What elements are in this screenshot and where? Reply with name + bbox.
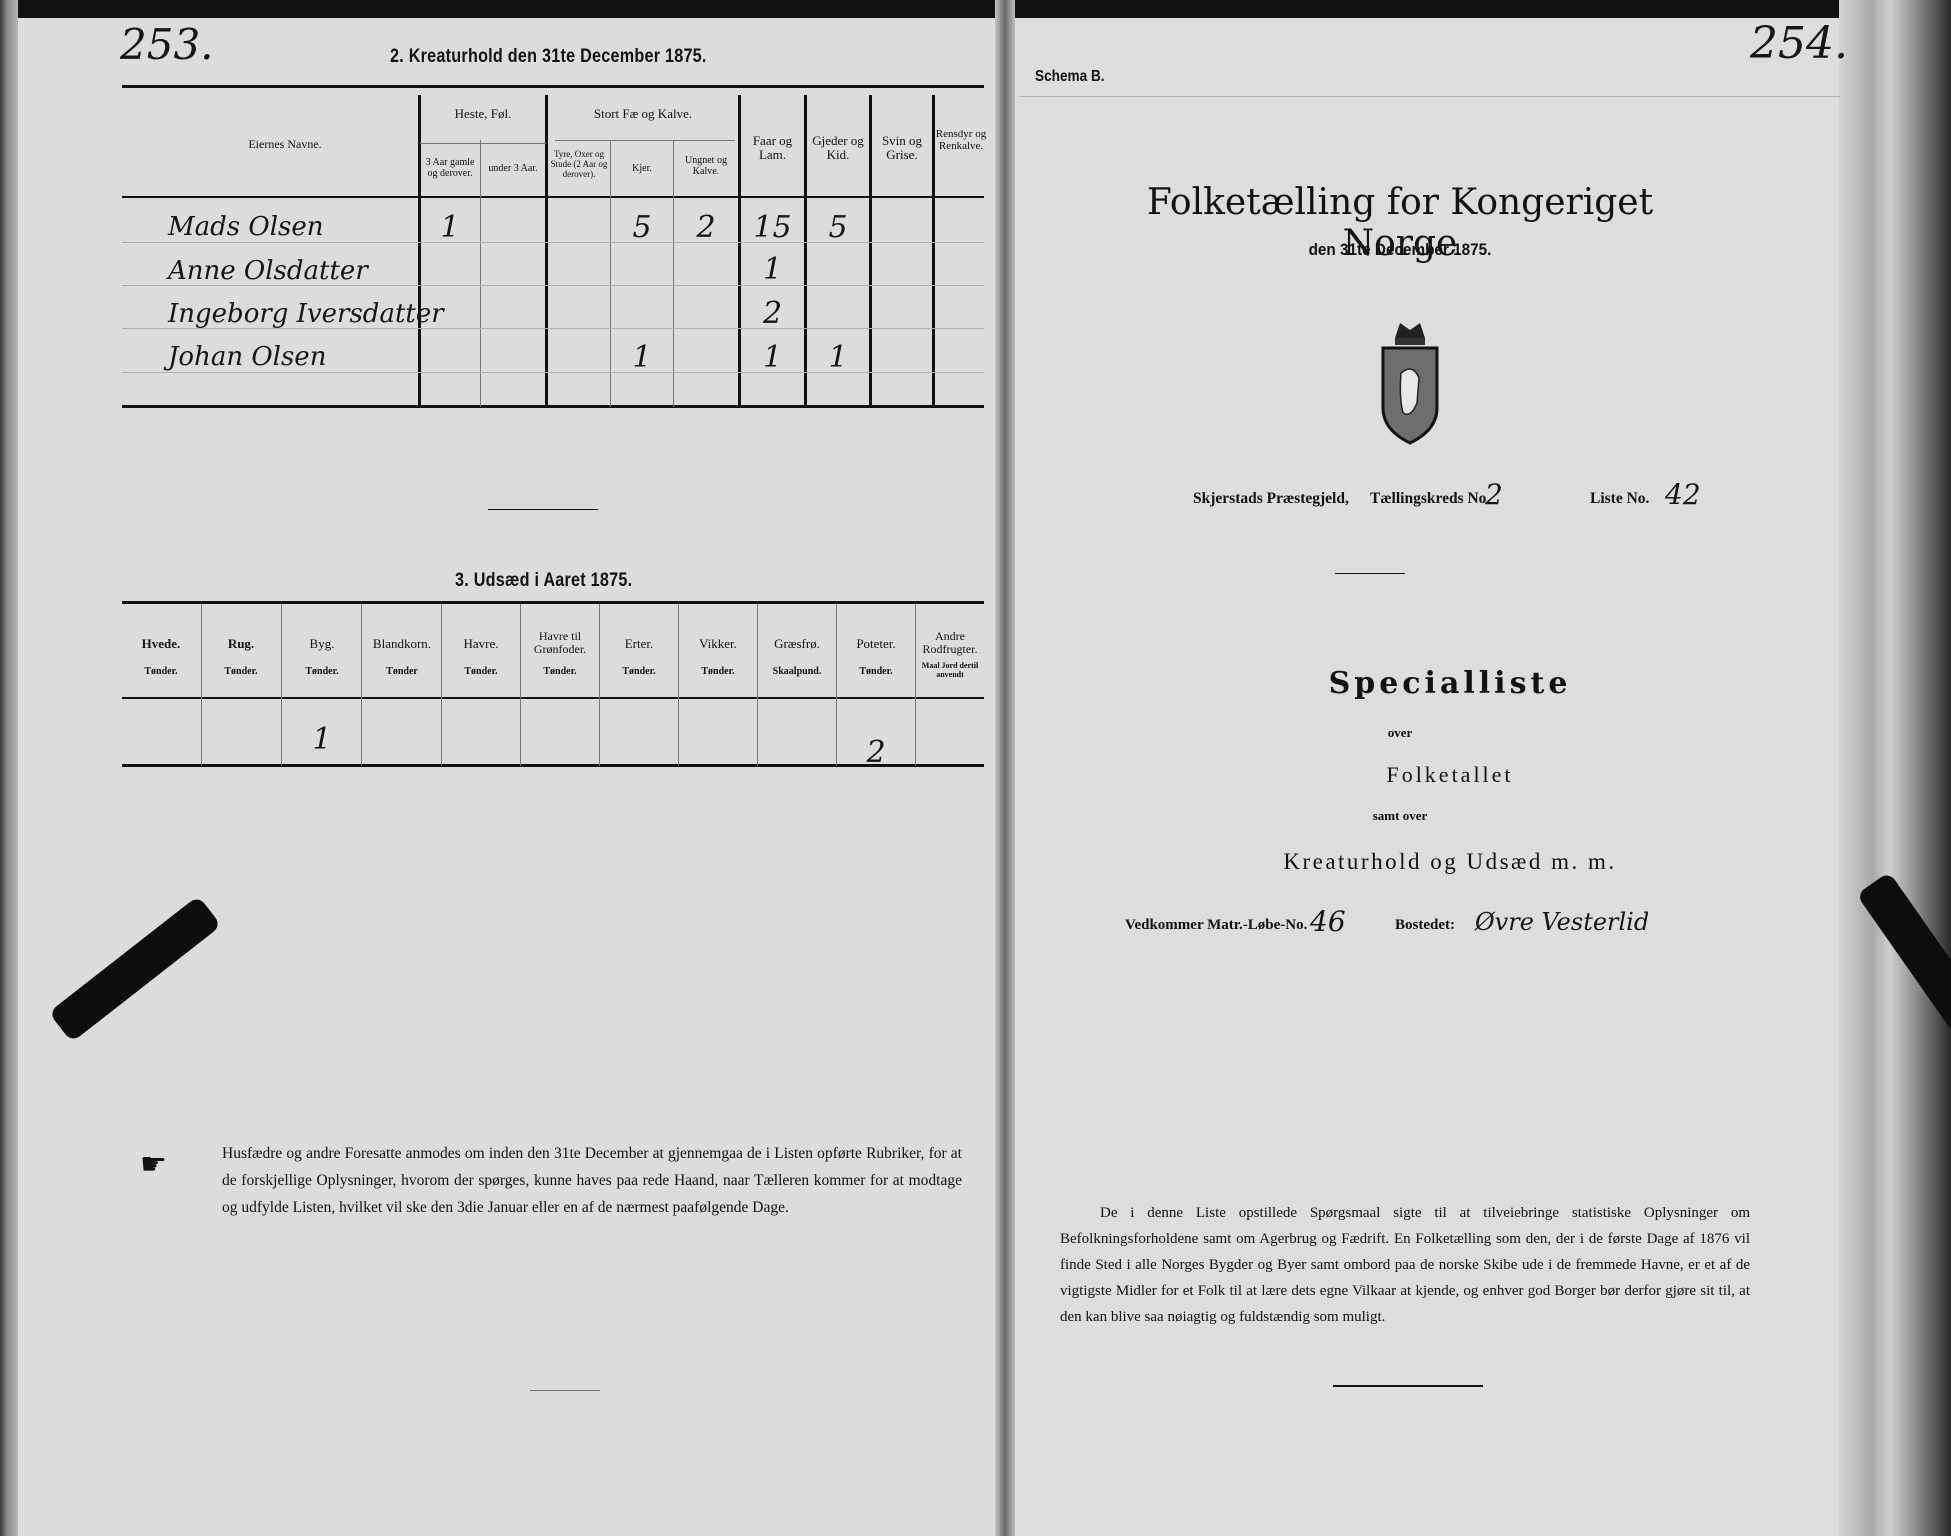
- col-owner-header: Eiernes Navne.: [230, 138, 340, 151]
- col-havre-header: Havre.: [442, 637, 520, 651]
- table3-col-divider: [201, 604, 202, 766]
- book-left-edge: [0, 0, 18, 1536]
- gjeder-cell: 5: [807, 210, 869, 245]
- col-faar-header: Faar og Lam.: [741, 134, 804, 163]
- table2-col-divider: [545, 95, 548, 407]
- bosted-label: Bostedet:: [1395, 917, 1455, 934]
- owner-cell: Mads Olsen: [168, 212, 323, 242]
- liste-value: 42: [1665, 478, 1701, 511]
- end-rule: [1333, 1385, 1483, 1387]
- poteter-value: 2: [837, 735, 915, 770]
- stort-group-rule: [555, 140, 735, 141]
- col-heste-under3-header: under 3 Aar.: [481, 163, 545, 174]
- faar-cell: 15: [741, 210, 804, 245]
- census-notice: De i denne Liste opstillede Spørgsmaal s…: [1060, 1200, 1750, 1330]
- col-vikker-unit: Tønder.: [679, 666, 757, 677]
- samt-over-label: samt over: [1320, 808, 1480, 824]
- owner-cell: Johan Olsen: [168, 342, 326, 372]
- col-rensdyr-header: Rensdyr og Renkalve.: [935, 128, 987, 152]
- table2-col-divider: [418, 95, 421, 407]
- col-heste-group-header: Heste, Føl.: [420, 107, 546, 121]
- table3-col-divider: [441, 604, 442, 766]
- table2-top-rule: [122, 85, 984, 88]
- col-graesfro-header: Græsfrø.: [758, 637, 836, 651]
- table3-col-divider: [915, 604, 916, 766]
- table3-header-rule: [122, 697, 984, 699]
- col-ungnet-header: Ungnet og Kalve.: [674, 155, 738, 177]
- table3-col-divider: [599, 604, 600, 766]
- col-erter-unit: Tønder.: [600, 666, 678, 677]
- col-andre-header: Andre Rodfrugter.: [916, 630, 984, 656]
- col-havre-unit: Tønder.: [442, 666, 520, 677]
- col-havre-gronfoder-unit: Tønder.: [521, 666, 599, 677]
- col-poteter-unit: Tønder.: [837, 666, 915, 677]
- col-blandkorn-header: Blandkorn.: [362, 637, 442, 651]
- col-graesfro-unit: Skaalpund.: [758, 666, 836, 677]
- col-svin-header: Svin og Grise.: [872, 134, 932, 163]
- col-rug-unit: Tønder.: [202, 666, 280, 677]
- kreaturhold-label: Kreaturhold og Udsæd m. m.: [1150, 849, 1750, 875]
- col-andre-unit: Maal Jord dertil anvendt: [916, 662, 984, 680]
- book-right-edge: [1839, 0, 1951, 1536]
- heste-group-rule: [420, 143, 546, 144]
- heste-3plus-cell: 1: [420, 210, 480, 245]
- kreds-label: Tællingskreds No.: [1370, 490, 1490, 508]
- parish-label: Skjerstads Præstegjeld,: [1193, 490, 1349, 508]
- col-hvede-header: Hvede.: [122, 637, 200, 651]
- col-erter-header: Erter.: [600, 637, 678, 651]
- separator-rule: [488, 509, 598, 510]
- table2-col-divider: [673, 140, 674, 407]
- table3-col-divider: [757, 604, 758, 766]
- col-byg-unit: Tønder.: [282, 666, 362, 677]
- col-gjeder-header: Gjeder og Kid.: [807, 134, 869, 163]
- over-label: over: [1350, 725, 1450, 741]
- table3-col-divider: [520, 604, 521, 766]
- section-2-title: 2. Kreaturhold den 31te December 1875.: [390, 46, 707, 68]
- matr-value: 46: [1310, 905, 1346, 938]
- owner-cell: Ingeborg Iversdatter: [168, 299, 444, 329]
- col-poteter-header: Poteter.: [837, 637, 915, 651]
- col-kjer-header: Kjer.: [611, 163, 673, 174]
- census-date: den 31te December 1875.: [1265, 240, 1535, 260]
- col-stort-group-header: Stort Fæ og Kalve.: [548, 107, 738, 121]
- faar-cell: 2: [741, 296, 804, 331]
- col-blandkorn-unit: Tønder: [362, 666, 442, 677]
- col-havre-gronfoder-header: Havre til Grønfoder.: [521, 630, 599, 656]
- kreds-value: 2: [1485, 478, 1503, 511]
- liste-label: Liste No.: [1590, 490, 1649, 508]
- left-page-number: 253.: [120, 20, 214, 69]
- bosted-value: Øvre Vesterlid: [1475, 908, 1649, 936]
- pointing-hand-icon: ☛: [140, 1150, 167, 1180]
- table3-top-rule: [122, 601, 984, 604]
- schema-label: Schema B.: [1035, 68, 1105, 86]
- table3-col-divider: [678, 604, 679, 766]
- gjeder-cell: 1: [807, 340, 869, 375]
- short-rule: [1335, 573, 1405, 574]
- folketallet-label: Folketallet: [1250, 762, 1650, 788]
- kjer-cell: 5: [611, 210, 673, 245]
- table2-bottom-rule: [122, 405, 984, 408]
- header-faint-rule: [1020, 96, 1840, 97]
- col-rug-header: Rug.: [202, 637, 280, 651]
- table2-header-rule: [122, 196, 984, 198]
- col-hvede-unit: Tønder.: [122, 666, 200, 677]
- ungnet-cell: 2: [674, 210, 738, 245]
- col-heste-3plus-header: 3 Aar gamle og derover.: [420, 157, 480, 179]
- faar-cell: 1: [741, 340, 804, 375]
- col-byg-header: Byg.: [282, 637, 362, 651]
- specialliste-title: Specialliste: [1250, 666, 1650, 701]
- owner-cell: Anne Olsdatter: [168, 256, 368, 286]
- left-page: [18, 18, 1003, 1536]
- norwegian-coat-of-arms-icon: [1373, 318, 1447, 448]
- book-gutter: [995, 0, 1015, 1536]
- kjer-cell: 1: [611, 340, 673, 375]
- section-3-title: 3. Udsæd i Aaret 1875.: [455, 570, 632, 592]
- end-rule: [530, 1390, 600, 1391]
- household-notice: Husfædre og andre Foresatte anmodes om i…: [222, 1140, 962, 1221]
- faar-cell: 1: [741, 252, 804, 287]
- scanner-top-edge: [0, 0, 1951, 20]
- table2-col-divider: [480, 140, 481, 407]
- right-page-number: 254.: [1750, 18, 1848, 69]
- matr-label: Vedkommer Matr.-Løbe-No.: [1125, 917, 1307, 934]
- col-vikker-header: Vikker.: [679, 637, 757, 651]
- col-tyre-header: Tyre, Oxer og Stude (2 Aar og derover).: [548, 150, 610, 180]
- byg-value: 1: [282, 722, 362, 757]
